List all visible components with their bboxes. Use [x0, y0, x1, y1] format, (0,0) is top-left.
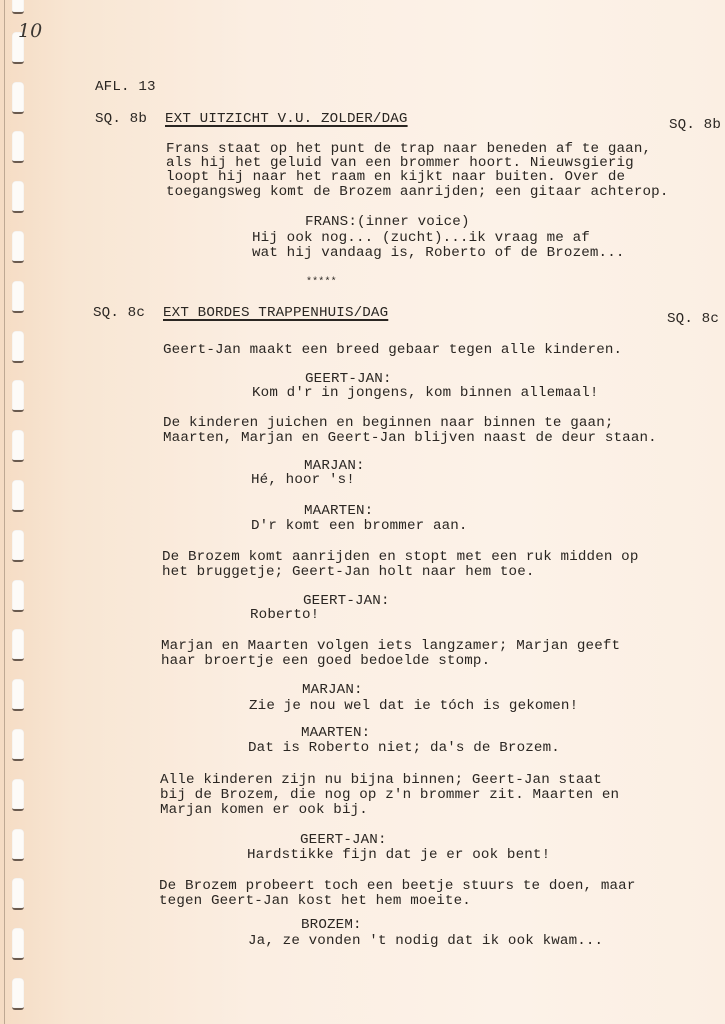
action-line: De Brozem probeert toch een beetje stuur…	[159, 879, 636, 893]
binder-hole	[12, 978, 24, 1010]
dialogue-line: Kom d'r in jongens, kom binnen allemaal!	[252, 386, 599, 400]
action-line: bij de Brozem, die nog op z'n brommer zi…	[160, 788, 619, 802]
action-line: toegangsweg komt de Brozem aanrijden; ee…	[166, 185, 669, 199]
dialogue-line: Ja, ze vonden 't nodig dat ik ook kwam..…	[248, 934, 603, 948]
action-line: loopt hij naar het raam en kijkt naar bu…	[166, 170, 625, 184]
scene-label-right: SQ. 8c	[667, 312, 719, 326]
dialogue-line: wat hij vandaag is, Roberto of de Brozem…	[252, 246, 625, 260]
scene-heading: EXT UITZICHT V.U. ZOLDER/DAG	[165, 112, 408, 126]
character-name: MARJAN:	[304, 459, 365, 473]
character-name: GEERT-JAN:	[305, 372, 392, 386]
character-name: MARJAN:	[302, 683, 363, 697]
dialogue-line: Hij ook nog... (zucht)...ik vraag me af	[252, 231, 590, 245]
dialogue-line: Hardstikke fijn dat je er ook bent!	[247, 848, 550, 862]
binder-hole	[12, 679, 24, 711]
action-line: het bruggetje; Geert-Jan holt naar hem t…	[162, 565, 535, 579]
action-line: Marjan en Maarten volgen iets langzamer;…	[161, 639, 620, 653]
binder-hole	[12, 729, 24, 761]
action-line: Frans staat op het punt de trap naar ben…	[166, 142, 651, 156]
character-name: MAARTEN:	[304, 504, 373, 518]
character-name: BROZEM:	[301, 918, 362, 932]
binder-hole	[12, 928, 24, 960]
scene-label-right: SQ. 8b	[669, 118, 721, 132]
binder-hole	[12, 281, 24, 313]
character-name: MAARTEN:	[301, 726, 370, 740]
binder-hole	[12, 779, 24, 811]
binder-hole	[12, 878, 24, 910]
dialogue-line: D'r komt een brommer aan.	[251, 519, 468, 533]
scene-separator: *****	[306, 276, 337, 290]
scene-heading: EXT BORDES TRAPPENHUIS/DAG	[163, 306, 388, 320]
action-line: Maarten, Marjan en Geert-Jan blijven naa…	[163, 431, 657, 445]
binder-hole	[12, 480, 24, 512]
binder-hole	[12, 0, 24, 14]
binder-hole	[12, 380, 24, 412]
character-name: FRANS:(inner voice)	[305, 215, 470, 229]
binder-hole	[12, 430, 24, 462]
binder-hole	[12, 181, 24, 213]
dialogue-line: Dat is Roberto niet; da's de Brozem.	[248, 741, 560, 755]
dialogue-line: Zie je nou wel dat ie tóch is gekomen!	[249, 699, 578, 713]
action-line: De Brozem komt aanrijden en stopt met ee…	[162, 550, 639, 564]
binder-hole	[12, 629, 24, 661]
dialogue-line: Roberto!	[250, 608, 319, 622]
binder-holes	[12, 0, 28, 1024]
scene-label-left: SQ. 8b	[95, 112, 147, 126]
dialogue-line: Hé, hoor 's!	[251, 473, 355, 487]
action-line: haar broertje een goed bedoelde stomp.	[161, 654, 490, 668]
character-name: GEERT-JAN:	[303, 594, 390, 608]
binder-hole	[12, 530, 24, 562]
binder-hole	[12, 231, 24, 263]
scene-label-left: SQ. 8c	[93, 306, 145, 320]
paper-edge	[4, 0, 5, 1024]
action-line: Marjan komen er ook bij.	[160, 803, 368, 817]
episode-label: AFL. 13	[95, 80, 156, 94]
binder-hole	[12, 829, 24, 861]
binder-hole	[12, 580, 24, 612]
action-line: Alle kinderen zijn nu bijna binnen; Geer…	[160, 773, 602, 787]
binder-hole	[12, 82, 24, 114]
binder-hole	[12, 331, 24, 363]
action-line: Geert-Jan maakt een breed gebaar tegen a…	[163, 343, 622, 357]
action-line: als hij het geluid van een brommer hoort…	[166, 156, 634, 170]
action-line: tegen Geert-Jan kost het hem moeite.	[159, 894, 471, 908]
page-number: 10	[18, 20, 42, 42]
character-name: GEERT-JAN:	[300, 833, 387, 847]
action-line: De kinderen juichen en beginnen naar bin…	[163, 416, 614, 430]
binder-hole	[12, 131, 24, 163]
